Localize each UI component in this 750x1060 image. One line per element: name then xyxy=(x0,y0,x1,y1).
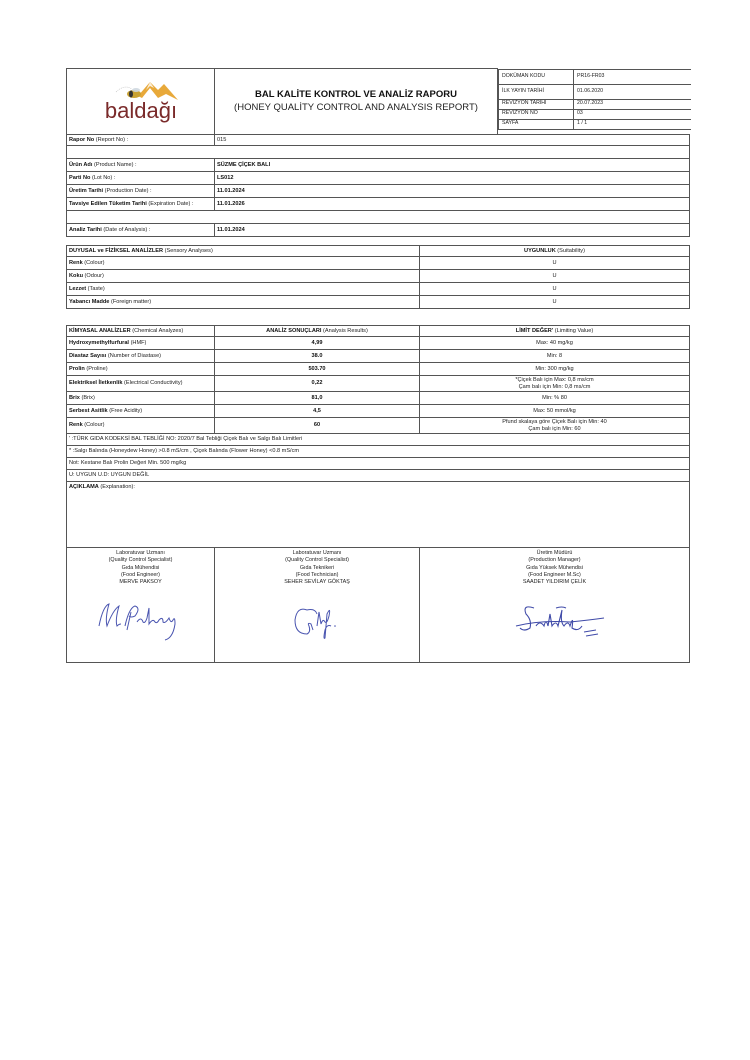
meta-value: 03 xyxy=(574,109,691,119)
results-header: ANALİZ SONUÇLARI (Analysis Results) xyxy=(215,326,420,337)
analysis-date-value: 11.01.2024 xyxy=(215,224,690,237)
report-info-table: Rapor No (Report No) :015 Ürün Adı (Prod… xyxy=(66,134,690,237)
table-row: Brix (Brix)81,0Min: % 80 xyxy=(67,392,690,405)
limit-value: Min: % 80 xyxy=(420,392,690,405)
lot-no-value: LS012 xyxy=(215,172,690,185)
signature-block-production-manager: Üretim Müdürü(Production Manager)Gıda Yü… xyxy=(420,548,690,663)
table-row: Koku (Odour)U xyxy=(67,270,690,283)
limit-value: *Çiçek Balı için Max: 0,8 ms/cmÇam balı … xyxy=(420,376,690,392)
meta-value: 20.07.2023 xyxy=(574,99,691,109)
svg-text:baldağı: baldağı xyxy=(104,98,176,123)
result-value: 4,5 xyxy=(215,405,420,418)
report-no-value: 015 xyxy=(215,135,690,146)
limit-header: LİMİT DEĞER' (Limiting Value) xyxy=(420,326,690,337)
product-name-label: Ürün Adı (Product Name) : xyxy=(67,159,215,172)
suitability-value: U xyxy=(420,270,690,283)
note-conductivity: * :Salgı Balında (Honeydew Honey) >0.8 m… xyxy=(67,446,690,458)
signature-block-qc-engineer: Laboratuvar Uzmanı(Quality Control Speci… xyxy=(67,548,215,663)
meta-label: REVİZYON TARİHİ xyxy=(499,99,574,109)
report-no-label: Rapor No (Report No) : xyxy=(67,135,215,146)
table-row: Hydroxymethylfurfural (HMF)4,99Max: 40 m… xyxy=(67,337,690,350)
result-value: 503.70 xyxy=(215,363,420,376)
analysis-date-label: Analiz Tarihi (Date of Analysis) : xyxy=(67,224,215,237)
chemical-header: KİMYASAL ANALİZLER (Chemical Analyzes) xyxy=(67,326,215,337)
signature-saadet-yildirim-celik-icon xyxy=(500,596,610,646)
limit-value: Min: 300 mg/kg xyxy=(420,363,690,376)
lot-no-label: Parti No (Lot No) : xyxy=(67,172,215,185)
product-name-value: SÜZME ÇİÇEK BALI xyxy=(215,159,690,172)
table-row: Serbest Asitlik (Free Acidity)4,5Max: 50… xyxy=(67,405,690,418)
note-legend: U: UYGUN U.D: UYGUN DEĞİL xyxy=(67,470,690,482)
signature-merve-paksoy-icon xyxy=(91,596,191,646)
limit-value: Max: 50 mmol/kg xyxy=(420,405,690,418)
report-title-cell: BAL KALİTE KONTROL VE ANALİZ RAPORU (HON… xyxy=(215,69,498,135)
meta-label: İLK YAYIN TARİHİ xyxy=(499,84,574,99)
meta-label: DOKÜMAN KODU xyxy=(499,69,574,84)
sensory-analyses-table: DUYUSAL ve FİZİKSEL ANALİZLER (Sensory A… xyxy=(66,245,690,309)
blank-row xyxy=(67,211,690,224)
table-row: Diastaz Sayısı (Number of Diastase)38.0M… xyxy=(67,350,690,363)
limit-value: Min: 8 xyxy=(420,350,690,363)
expiration-date-label: Tavsiye Edilen Tüketim Tarihi (Expiratio… xyxy=(67,198,215,211)
table-row: Renk (Colour)60Pfund skalaya göre Çiçek … xyxy=(67,418,690,434)
meta-value: PR16-FR03 xyxy=(574,69,691,84)
signature-seher-sevilay-goktas-icon xyxy=(267,596,367,646)
meta-value: 01.06.2020 xyxy=(574,84,691,99)
signatures-table: Laboratuvar Uzmanı(Quality Control Speci… xyxy=(66,547,690,663)
production-date-label: Üretim Tarihi (Production Date) : xyxy=(67,185,215,198)
note-regulation: ' :TÜRK GIDA KODEKSİ BAL TEBLİĞİ NO: 202… xyxy=(67,434,690,446)
result-value: 38.0 xyxy=(215,350,420,363)
suitability-value: U xyxy=(420,257,690,270)
chemical-analyses-table: KİMYASAL ANALİZLER (Chemical Analyzes)AN… xyxy=(66,325,690,548)
result-value: 4,99 xyxy=(215,337,420,350)
meta-value: 1 / 1 xyxy=(574,119,691,129)
table-row: Renk (Colour)U xyxy=(67,257,690,270)
document-meta: DOKÜMAN KODUPR16-FR03 İLK YAYIN TARİHİ01… xyxy=(498,69,691,130)
table-row: Prolin (Proline)503.70Min: 300 mg/kg xyxy=(67,363,690,376)
meta-label: SAYFA xyxy=(499,119,574,129)
limit-value: Max: 40 mg/kg xyxy=(420,337,690,350)
report-title: BAL KALİTE KONTROL VE ANALİZ RAPORU xyxy=(217,90,495,101)
report-subtitle: (HONEY QUALİTY CONTROL AND ANALYSIS REPO… xyxy=(217,103,495,114)
expiration-date-value: 11.01.2026 xyxy=(215,198,690,211)
production-date-value: 11.01.2024 xyxy=(215,185,690,198)
report-sheet: baldağı BAL KALİTE KONTROL VE ANALİZ RAP… xyxy=(66,68,690,663)
suitability-value: U xyxy=(420,296,690,309)
suitability-header: UYGUNLUK (Suitability) xyxy=(420,246,690,257)
table-row: Elektriksel İletkenlik (Electrical Condu… xyxy=(67,376,690,392)
table-row: Lezzet (Taste)U xyxy=(67,283,690,296)
explanation-cell: AÇIKLAMA (Explanation): xyxy=(67,482,690,548)
note-proline: Not: Kestane Balı Prolin Değeri Min. 500… xyxy=(67,458,690,470)
result-value: 0,22 xyxy=(215,376,420,392)
meta-label: REVİZYON NO xyxy=(499,109,574,119)
signature-block-qc-technician: Laboratuvar Uzmanı(Quality Control Speci… xyxy=(215,548,420,663)
sensory-header: DUYUSAL ve FİZİKSEL ANALİZLER (Sensory A… xyxy=(67,246,420,257)
report-header: baldağı BAL KALİTE KONTROL VE ANALİZ RAP… xyxy=(66,68,691,135)
result-value: 60 xyxy=(215,418,420,434)
suitability-value: U xyxy=(420,283,690,296)
result-value: 81,0 xyxy=(215,392,420,405)
table-row: Yabancı Madde (Foreign matter)U xyxy=(67,296,690,309)
limit-value: Pfund skalaya göre Çiçek Balı için Min: … xyxy=(420,418,690,434)
blank-row xyxy=(67,146,690,159)
logo-cell: baldağı xyxy=(67,69,215,135)
baldagi-logo-icon: baldağı xyxy=(86,74,196,126)
